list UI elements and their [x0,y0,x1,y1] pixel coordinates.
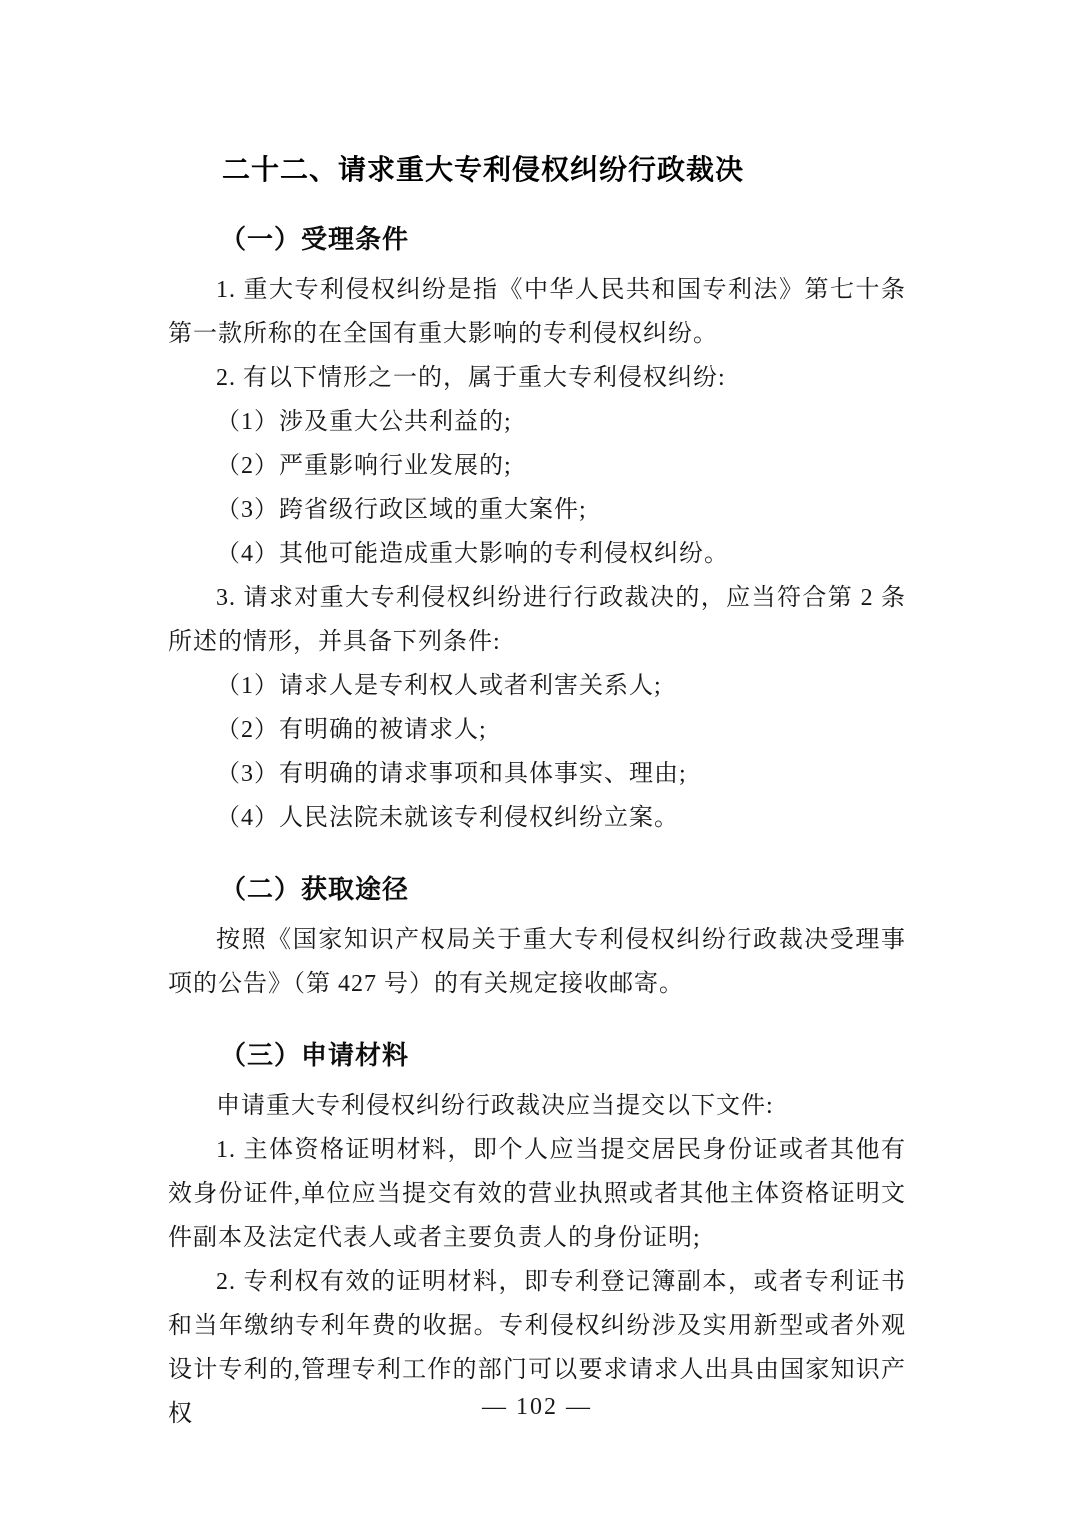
paragraph: 按照《国家知识产权局关于重大专利侵权纠纷行政裁决受理事项的公告》（第 427 号… [168,918,906,1006]
list-item: （4）其他可能造成重大影响的专利侵权纠纷。 [168,532,906,576]
section-heading: （一）受理条件 [168,224,906,256]
paragraph: 2. 有以下情形之一的，属于重大专利侵权纠纷: [168,356,906,400]
section-heading: （三）申请材料 [168,1040,906,1072]
page-title: 二十二、请求重大专利侵权纠纷行政裁决 [168,150,906,190]
section-application-materials: （三）申请材料 申请重大专利侵权纠纷行政裁决应当提交以下文件: 1. 主体资格证… [168,1040,906,1436]
list-item: （3）跨省级行政区域的重大案件; [168,488,906,532]
list-item: （1）请求人是专利权人或者利害关系人; [168,664,906,708]
list-item: （2）严重影响行业发展的; [168,444,906,488]
section-acceptance-conditions: （一）受理条件 1. 重大专利侵权纠纷是指《中华人民共和国专利法》第七十条第一款… [168,224,906,840]
list-item: （3）有明确的请求事项和具体事实、理由; [168,752,906,796]
paragraph: 1. 主体资格证明材料，即个人应当提交居民身份证或者其他有效身份证件,单位应当提… [168,1128,906,1260]
list-item: （2）有明确的被请求人; [168,708,906,752]
document-page: 二十二、请求重大专利侵权纠纷行政裁决 （一）受理条件 1. 重大专利侵权纠纷是指… [0,0,1074,1520]
paragraph: 申请重大专利侵权纠纷行政裁决应当提交以下文件: [168,1084,906,1128]
list-item: （1）涉及重大公共利益的; [168,400,906,444]
section-obtain-channel: （二）获取途径 按照《国家知识产权局关于重大专利侵权纠纷行政裁决受理事项的公告》… [168,874,906,1006]
paragraph: 1. 重大专利侵权纠纷是指《中华人民共和国专利法》第七十条第一款所称的在全国有重… [168,268,906,356]
page-number: — 102 — [0,1392,1074,1422]
paragraph: 3. 请求对重大专利侵权纠纷进行行政裁决的，应当符合第 2 条所述的情形，并具备… [168,576,906,664]
list-item: （4）人民法院未就该专利侵权纠纷立案。 [168,796,906,840]
section-heading: （二）获取途径 [168,874,906,906]
